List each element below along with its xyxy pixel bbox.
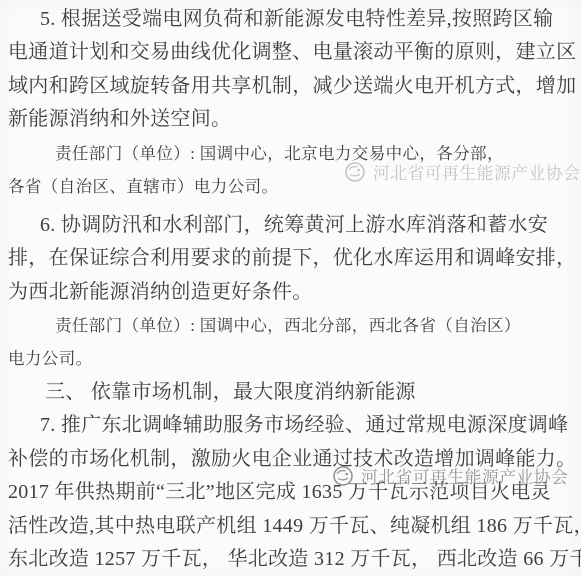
section-3-heading: 三、 依靠市场机制，最大限度消纳新能源	[8, 376, 538, 409]
paragraph-item-6-responsible: 责任部门（单位）: 国调中心，西北分部，西北各省（自治区） 电力公司。	[8, 309, 538, 376]
paragraph-item-7: 7. 推广东北调峰辅助服务市场经验、通过常规电源深度调峰 补偿的市场化机制，激励…	[8, 409, 538, 576]
text-line: 6. 协调防汛和水利部门，统筹黄河上游水库消落和蓄水安	[8, 209, 538, 242]
text-line: 东北改造 1257 万千瓦， 华北改造 312 万千瓦， 西北改造 66 万千	[8, 543, 538, 576]
text-line: 电力公司。	[8, 342, 538, 375]
text-line: 排，在保证综合利用要求的前提下，优化水库运用和调峰安排，	[8, 242, 538, 275]
text-line: 7. 推广东北调峰辅助服务市场经验、通过常规电源深度调峰	[8, 409, 538, 442]
text-line: 责任部门（单位）: 国调中心，北京电力交易中心，各分部，	[8, 137, 538, 170]
text-line: 各省（自治区、直辖市）电力公司。	[8, 170, 538, 203]
text-line: 域内和跨区域旋转备用共享机制，减少送端火电开机方式，增加	[8, 70, 538, 103]
text-line: 责任部门（单位）: 国调中心，西北分部，西北各省（自治区）	[8, 309, 538, 342]
text-line: 电通道计划和交易曲线优化调整、电量滚动平衡的原则，建立区	[8, 36, 538, 69]
section-heading-line: 三、 依靠市场机制，最大限度消纳新能源	[8, 376, 538, 409]
document-text: 5. 根据送受端电网负荷和新能源发电特性差异,按照跨区输 电通道计划和交易曲线优…	[8, 3, 538, 576]
text-line: 新能源消纳和外送空间。	[8, 103, 538, 136]
document-page: 5. 根据送受端电网负荷和新能源发电特性差异,按照跨区输 电通道计划和交易曲线优…	[0, 0, 581, 576]
paragraph-item-5-responsible: 责任部门（单位）: 国调中心，北京电力交易中心，各分部， 各省（自治区、直辖市）…	[8, 137, 538, 204]
text-line: 活性改造,其中热电联产机组 1449 万千瓦、纯凝机组 186 万千瓦，	[8, 510, 538, 543]
text-line: 为西北新能源消纳创造更好条件。	[8, 276, 538, 309]
paragraph-item-5: 5. 根据送受端电网负荷和新能源发电特性差异,按照跨区输 电通道计划和交易曲线优…	[8, 3, 538, 137]
paragraph-item-6: 6. 协调防汛和水利部门，统筹黄河上游水库消落和蓄水安 排，在保证综合利用要求的…	[8, 209, 538, 309]
text-line: 5. 根据送受端电网负荷和新能源发电特性差异,按照跨区输	[8, 3, 538, 36]
text-line: 2017 年供热期前“三北”地区完成 1635 万千瓦示范项目火电灵	[8, 476, 538, 509]
text-line: 补偿的市场化机制，激励火电企业通过技术改造增加调峰能力。	[8, 443, 538, 476]
